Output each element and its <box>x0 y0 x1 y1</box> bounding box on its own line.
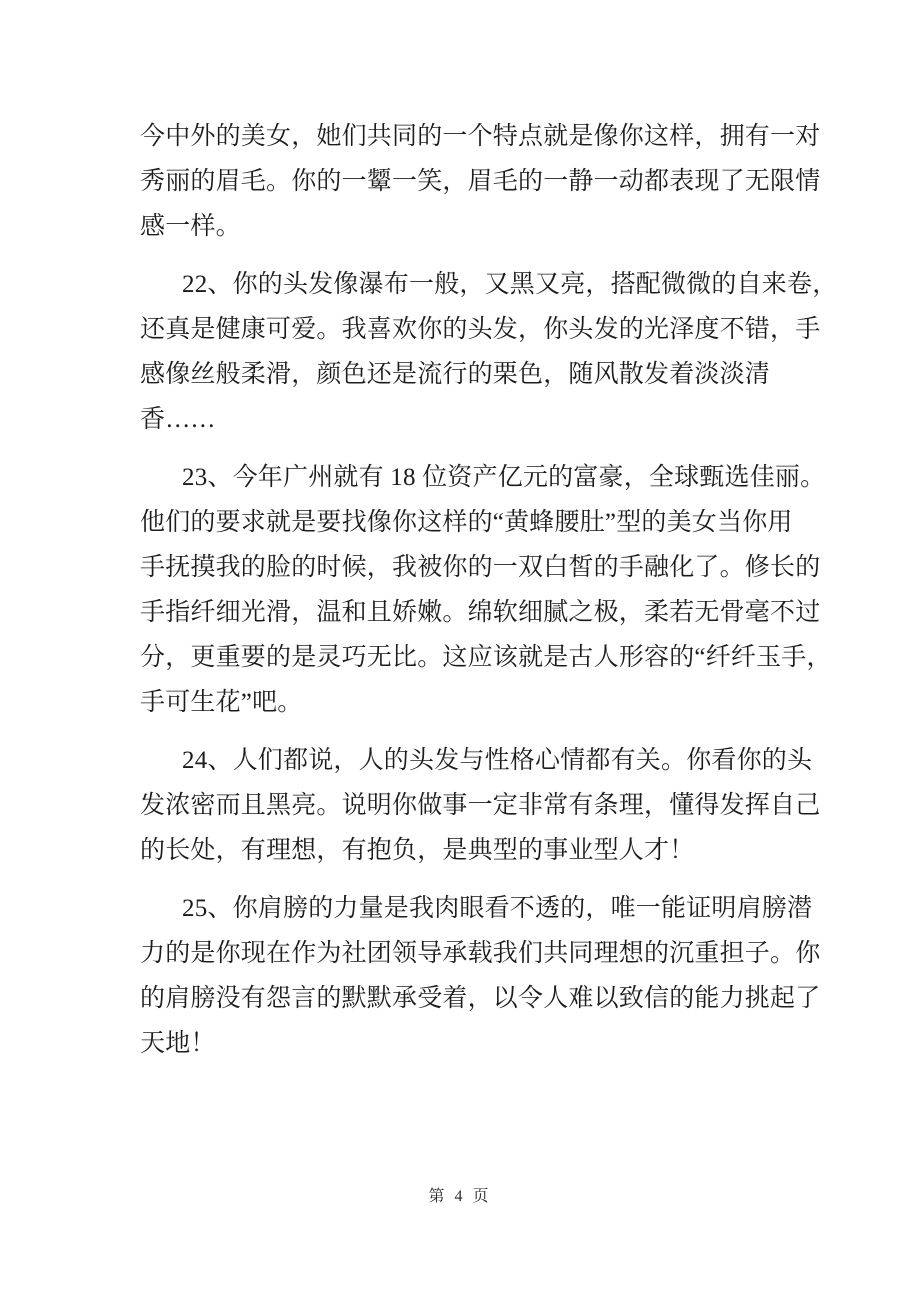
text-line: 22、你的头发像瀑布一般，又黑又亮，搭配微微的自来卷， <box>140 262 800 307</box>
text-line: 天地！ <box>140 1021 800 1066</box>
text-line: 发浓密而且黑亮。说明你做事一定非常有条理，懂得发挥自己 <box>140 783 800 828</box>
paragraph-continued: 今中外的美女，她们共同的一个特点就是像你这样，拥有一对 秀丽的眉毛。你的一颦一笑… <box>140 114 800 249</box>
text-line: 感像丝般柔滑，颜色还是流行的栗色，随风散发着淡淡清 <box>140 352 800 397</box>
text-line: 他们的要求就是要找像你这样的“黄蜂腰肚”型的美女当你用 <box>140 500 800 545</box>
text-line: 的肩膀没有怨言的默默承受着，以令人难以致信的能力挑起了 <box>140 976 800 1021</box>
text-line: 24、人们都说，人的头发与性格心情都有关。你看你的头 <box>140 738 800 783</box>
text-line: 力的是你现在作为社团领导承载我们共同理想的沉重担子。你 <box>140 931 800 976</box>
text-line: 今中外的美女，她们共同的一个特点就是像你这样，拥有一对 <box>140 114 800 159</box>
text-line: 香…… <box>140 397 800 442</box>
paragraph-24: 24、人们都说，人的头发与性格心情都有关。你看你的头 发浓密而且黑亮。说明你做事… <box>140 738 800 873</box>
page-footer: 第 4 页 <box>0 1183 920 1206</box>
document-page: 今中外的美女，她们共同的一个特点就是像你这样，拥有一对 秀丽的眉毛。你的一颦一笑… <box>0 0 920 1302</box>
text-line: 还真是健康可爱。我喜欢你的头发，你头发的光泽度不错，手 <box>140 307 800 352</box>
paragraph-23: 23、今年广州就有 18 位资产亿元的富豪，全球甄选佳丽。 他们的要求就是要找像… <box>140 455 800 725</box>
text-line: 感一样。 <box>140 204 800 249</box>
text-line: 手指纤细光滑，温和且娇嫩。绵软细腻之极，柔若无骨毫不过 <box>140 590 800 635</box>
text-line: 秀丽的眉毛。你的一颦一笑，眉毛的一静一动都表现了无限情 <box>140 159 800 204</box>
text-line: 的长处，有理想，有抱负，是典型的事业型人才！ <box>140 828 800 873</box>
paragraph-22: 22、你的头发像瀑布一般，又黑又亮，搭配微微的自来卷， 还真是健康可爱。我喜欢你… <box>140 262 800 442</box>
text-line: 手可生花”吧。 <box>140 680 800 725</box>
document-body: 今中外的美女，她们共同的一个特点就是像你这样，拥有一对 秀丽的眉毛。你的一颦一笑… <box>140 114 800 1079</box>
text-line: 手抚摸我的脸的时候，我被你的一双白皙的手融化了。修长的 <box>140 545 800 590</box>
text-line: 23、今年广州就有 18 位资产亿元的富豪，全球甄选佳丽。 <box>140 455 800 500</box>
paragraph-25: 25、你肩膀的力量是我肉眼看不透的，唯一能证明肩膀潜 力的是你现在作为社团领导承… <box>140 886 800 1066</box>
text-line: 分，更重要的是灵巧无比。这应该就是古人形容的“纤纤玉手， <box>140 635 800 680</box>
page-number: 第 4 页 <box>428 1188 491 1205</box>
text-line: 25、你肩膀的力量是我肉眼看不透的，唯一能证明肩膀潜 <box>140 886 800 931</box>
